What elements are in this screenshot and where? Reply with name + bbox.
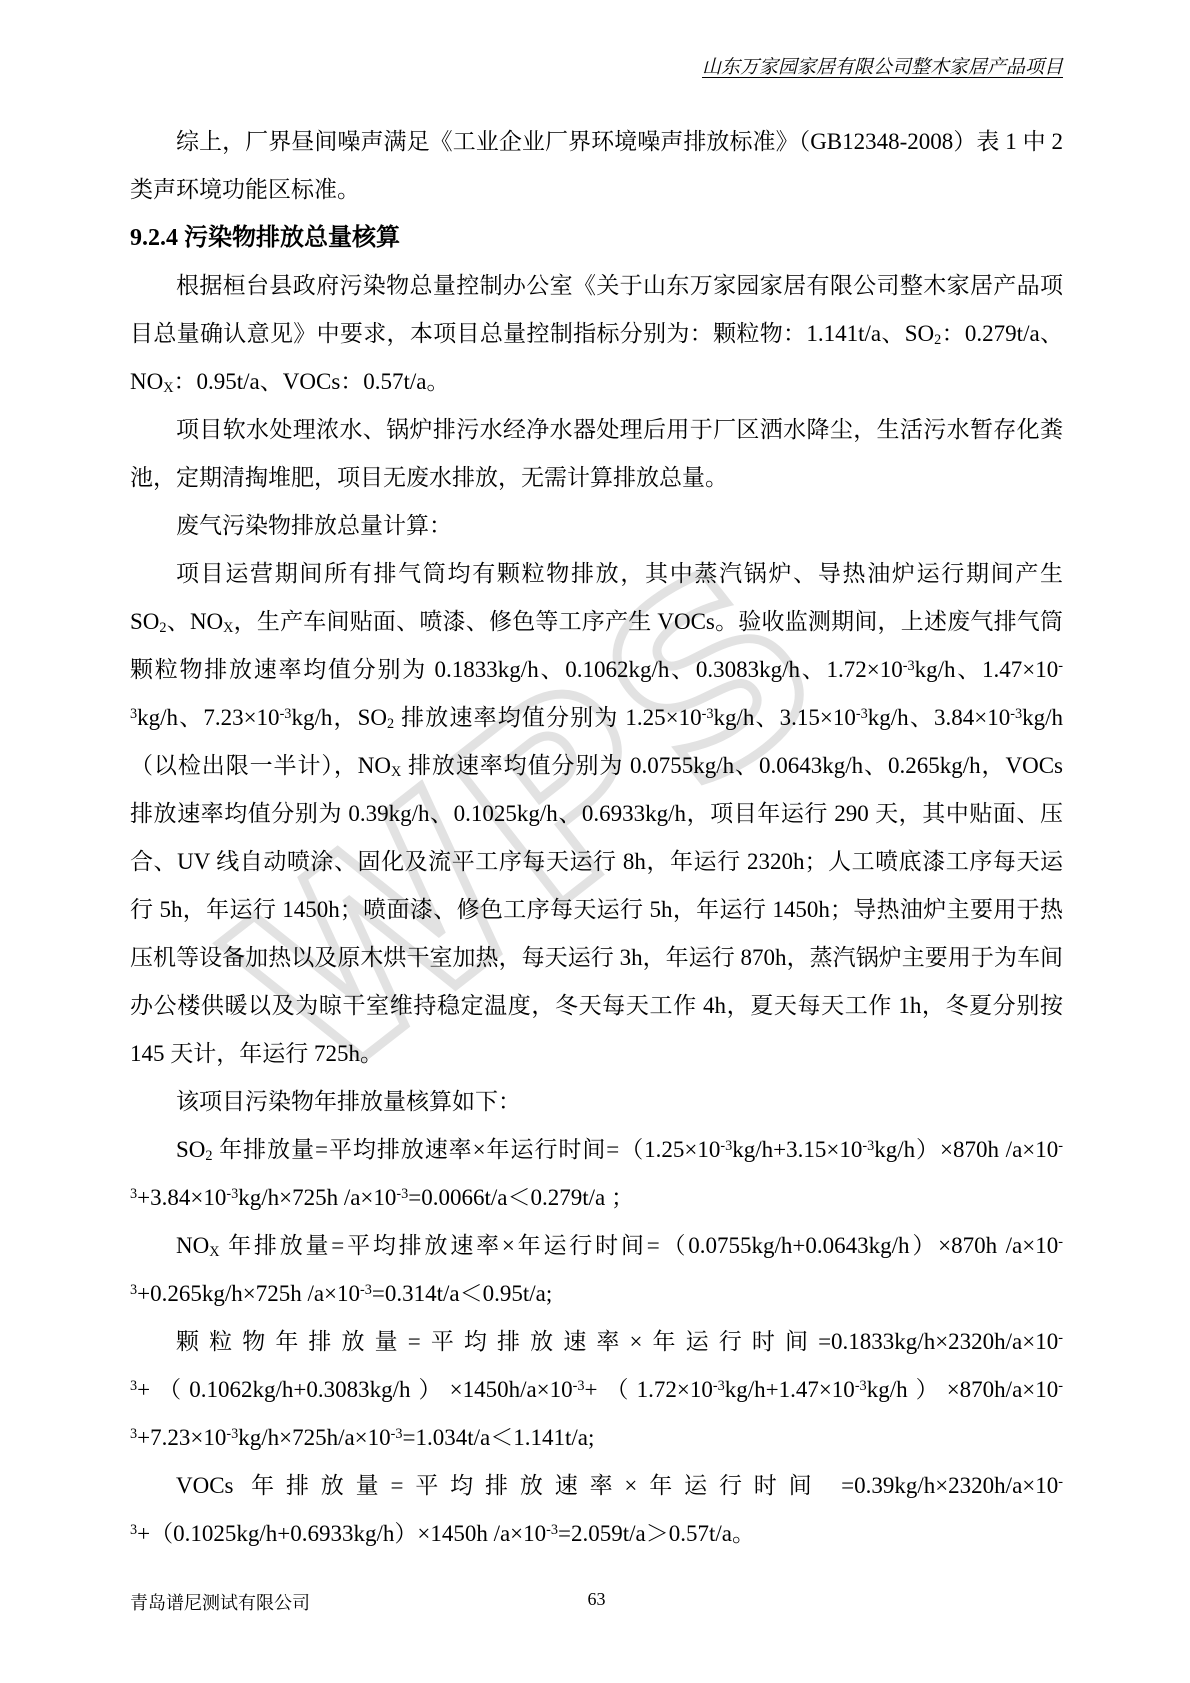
paragraph-emission-rates: 项目运营期间所有排气筒均有颗粒物排放，其中蒸汽锅炉、导热油炉运行期间产生 SO2… <box>130 550 1063 1078</box>
paragraph-nox-annual: NOX 年排放量=平均排放速率×年运行时间=（0.0755kg/h+0.0643… <box>130 1222 1063 1318</box>
document-body: 综上，厂界昼间噪声满足《工业企业厂界环境噪声排放标准》（GB12348-2008… <box>130 118 1063 1558</box>
paragraph-particulate-annual: 颗粒物年排放量=平均排放速率×年运行时间=0.1833kg/h×2320h/a×… <box>130 1318 1063 1462</box>
section-heading-9-2-4: 9.2.4 污染物排放总量核算 <box>130 214 1063 262</box>
paragraph-so2-annual: SO2 年排放量=平均排放速率×年运行时间=（1.25×10-3kg/h+3.1… <box>130 1126 1063 1222</box>
paragraph-noise-conclusion: 综上，厂界昼间噪声满足《工业企业厂界环境噪声排放标准》（GB12348-2008… <box>130 118 1063 214</box>
paragraph-annual-calc-intro: 该项目污染物年排放量核算如下： <box>130 1078 1063 1126</box>
footer-page-number: 63 <box>130 1589 1063 1610</box>
paragraph-wastewater: 项目软水处理浓水、锅炉排污水经净水器处理后用于厂区洒水降尘，生活污水暂存化粪池，… <box>130 406 1063 502</box>
header-project-title: 山东万家园家居有限公司整木家居产品项目 <box>702 57 1063 78</box>
document-page: WPS 山东万家园家居有限公司整木家居产品项目 综上，厂界昼间噪声满足《工业企业… <box>0 0 1190 1683</box>
paragraph-waste-gas-intro: 废气污染物排放总量计算： <box>130 502 1063 550</box>
paragraph-total-quota: 根据桓台县政府污染物总量控制办公室《关于山东万家园家居有限公司整木家居产品项目总… <box>130 262 1063 406</box>
page-header: 山东万家园家居有限公司整木家居产品项目 <box>130 52 1063 79</box>
paragraph-vocs-annual: VOCs 年排放量=平均排放速率×年运行时间 =0.39kg/h×2320h/a… <box>130 1462 1063 1558</box>
